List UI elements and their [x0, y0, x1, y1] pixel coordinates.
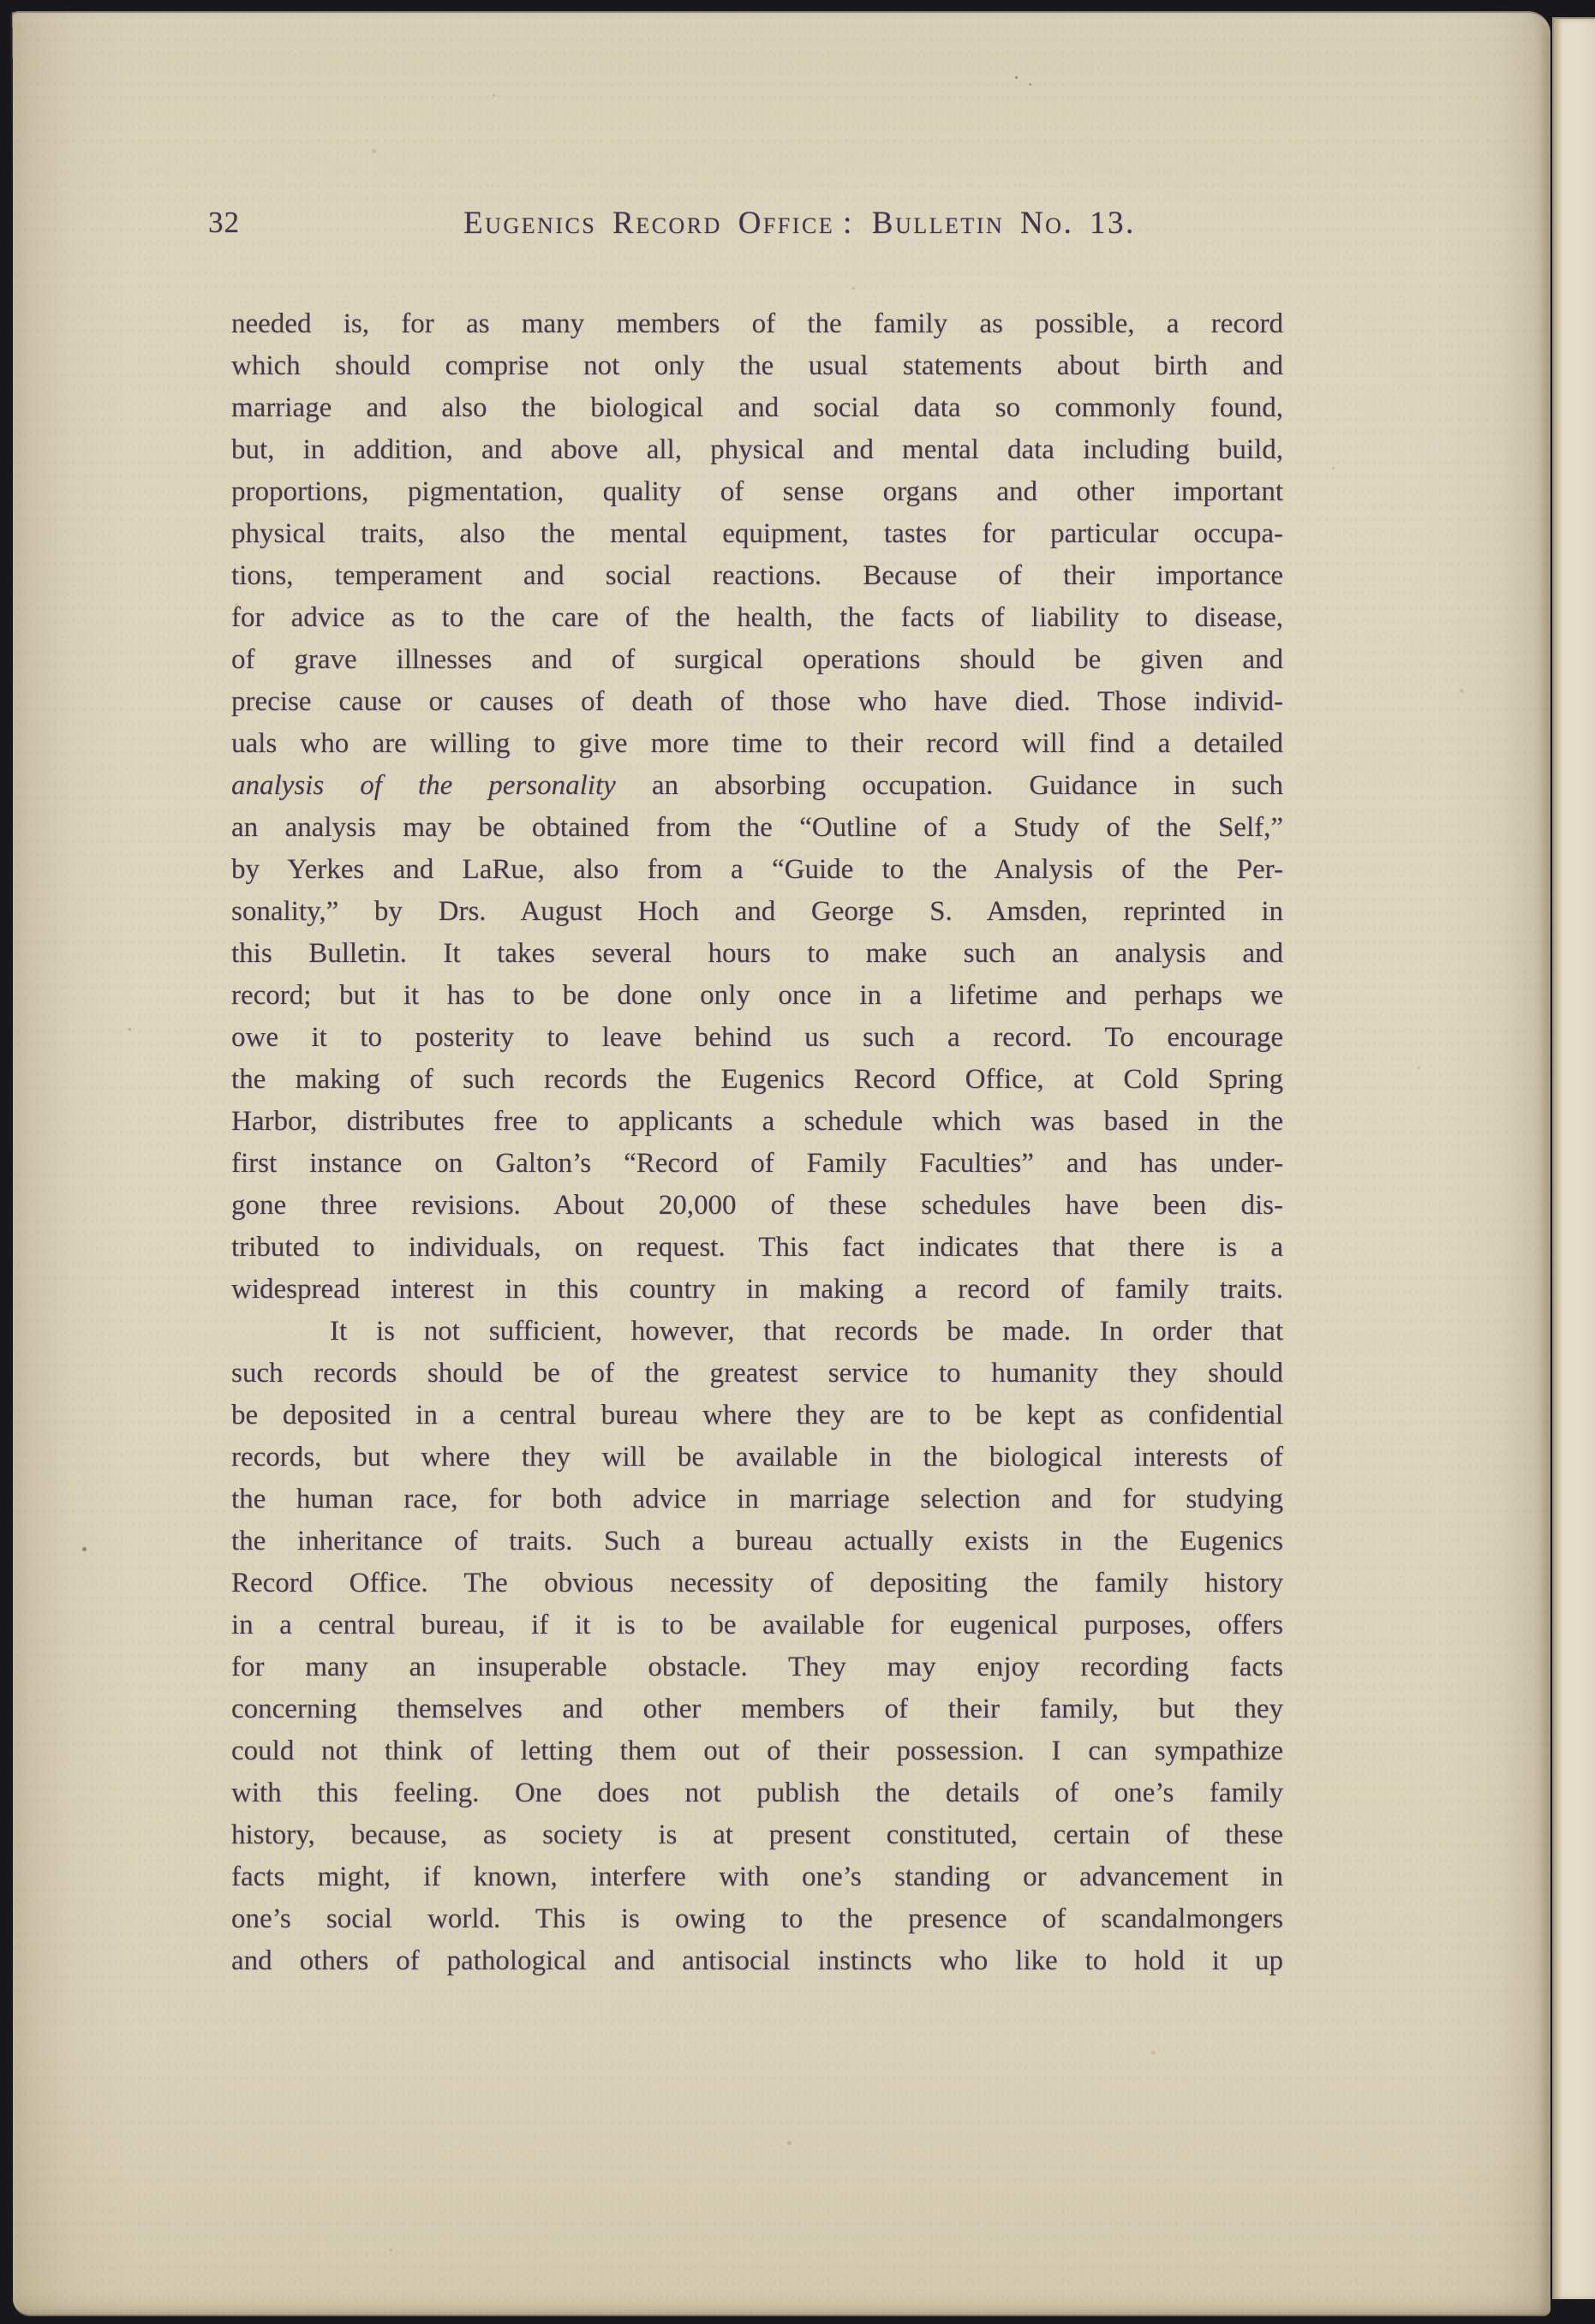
page-number: 32 — [208, 206, 240, 240]
text-line: needed is, for as many members of the fa… — [231, 303, 1283, 345]
text-line: this Bulletin. It takes several hours to… — [231, 933, 1283, 975]
text-line: for advice as to the care of the health,… — [231, 597, 1283, 639]
text-line: tions, temperament and social reactions.… — [231, 555, 1283, 597]
text-line: uals who are willing to give more time t… — [231, 723, 1283, 765]
body-text: needed is, for as many members of the fa… — [231, 303, 1283, 1982]
text-line: the human race, for both advice in marri… — [231, 1479, 1283, 1520]
text-line: in a central bureau, if it is to be avai… — [231, 1604, 1283, 1646]
text-line: for many an insuperable obstacle. They m… — [231, 1646, 1283, 1688]
text-line: tributed to individuals, on request. Thi… — [231, 1227, 1283, 1269]
text-line: Record Office. The obvious necessity of … — [231, 1562, 1283, 1604]
text-line: Harbor, distributes free to applicants a… — [231, 1101, 1283, 1143]
text-line: It is not sufficient, however, that reco… — [231, 1311, 1283, 1353]
text-line: by Yerkes and LaRue, also from a “Guide … — [231, 849, 1283, 891]
running-title: Eugenics Record Office : Bulletin No. 13… — [463, 205, 1136, 242]
text-line: record; but it has to be done only once … — [231, 975, 1283, 1017]
text-line: which should comprise not only the usual… — [231, 345, 1283, 387]
next-page-edge — [1552, 17, 1595, 2299]
text-line: sonality,” by Drs. August Hoch and Georg… — [231, 891, 1283, 933]
text-line: widespread interest in this country in m… — [231, 1269, 1283, 1311]
text-line: of grave illnesses and of surgical opera… — [231, 639, 1283, 681]
text-line: concerning themselves and other members … — [231, 1688, 1283, 1730]
text-line: owe it to posterity to leave behind us s… — [231, 1017, 1283, 1059]
scanned-page: 32 Eugenics Record Office : Bulletin No.… — [13, 11, 1550, 2316]
text-line: proportions, pigmentation, quality of se… — [231, 471, 1283, 513]
text-line: marriage and also the biological and soc… — [231, 387, 1283, 429]
text-line: could not think of letting them out of t… — [231, 1730, 1283, 1772]
text-line: such records should be of the greatest s… — [231, 1353, 1283, 1395]
paper-speckles — [13, 13, 15, 15]
text-line: but, in addition, and above all, physica… — [231, 429, 1283, 471]
text-line: be deposited in a central bureau where t… — [231, 1395, 1283, 1437]
text-line: one’s social world. This is owing to the… — [231, 1898, 1283, 1940]
text-line: an analysis may be obtained from the “Ou… — [231, 807, 1283, 849]
text-line: and others of pathological and antisocia… — [231, 1940, 1283, 1982]
text-line: history, because, as society is at prese… — [231, 1814, 1283, 1856]
text-line: analysis of the personality an absorbing… — [231, 765, 1283, 807]
text-line: with this feeling. One does not publish … — [231, 1772, 1283, 1814]
text-line: records, but where they will be availabl… — [231, 1437, 1283, 1479]
text-line: facts might, if known, interfere with on… — [231, 1856, 1283, 1898]
text-line: gone three revisions. About 20,000 of th… — [231, 1185, 1283, 1227]
book-scan: 32 Eugenics Record Office : Bulletin No.… — [0, 0, 1595, 2324]
text-line: the inheritance of traits. Such a bureau… — [231, 1520, 1283, 1562]
text-line: first instance on Galton’s “Record of Fa… — [231, 1143, 1283, 1185]
text-line: the making of such records the Eugenics … — [231, 1059, 1283, 1101]
text-line: precise cause or causes of death of thos… — [231, 681, 1283, 723]
text-line: physical traits, also the mental equipme… — [231, 513, 1283, 555]
